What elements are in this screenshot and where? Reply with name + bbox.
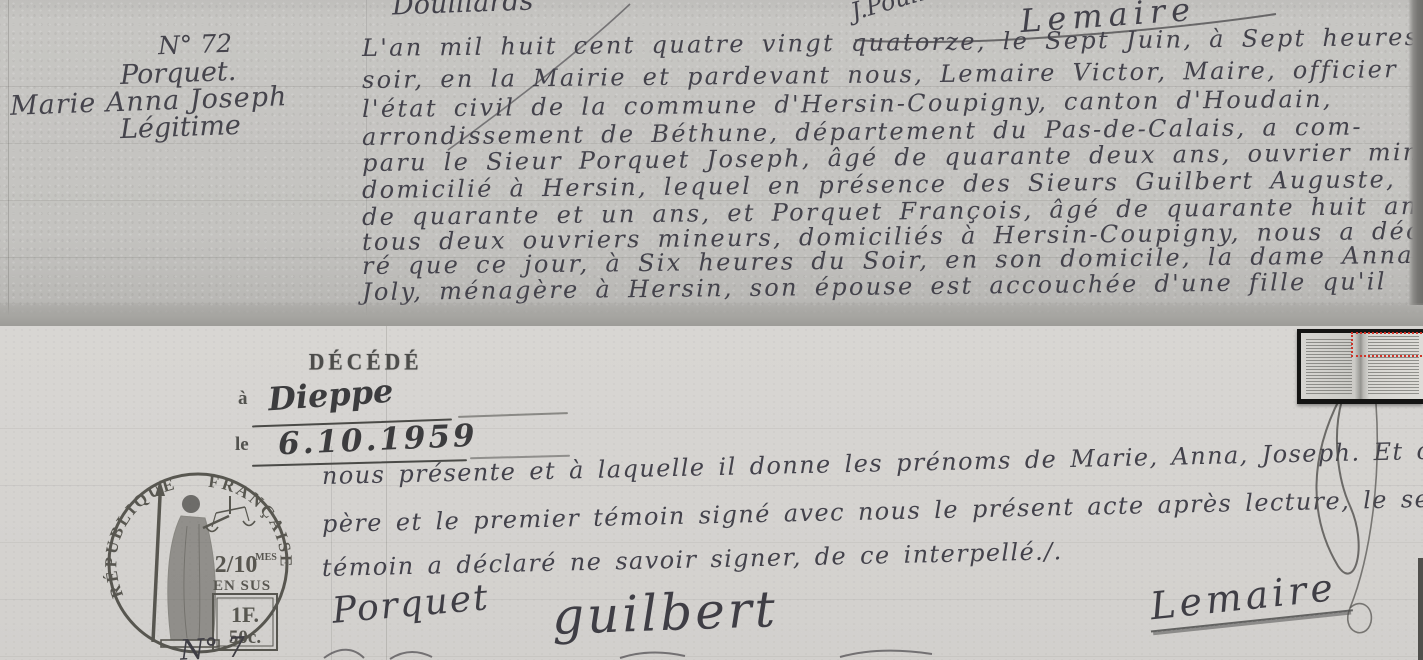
- register-page-bottom-segment: DÉCÉDÉ à Dieppe le 6.10.1959 RÉPUBLIQUE …: [0, 326, 1423, 660]
- viewport-indicator-rect[interactable]: [1351, 332, 1423, 357]
- margin-rule-line: [8, 0, 9, 326]
- deceased-stamp-title: DÉCÉDÉ: [309, 349, 423, 376]
- bottom-margin-act-number-fragment: N° 7: [179, 630, 246, 660]
- act-text-line: nous présente et à laquelle il donne les…: [322, 435, 1423, 490]
- deceased-stamp-date-label: le: [235, 434, 249, 456]
- cut-off-line-strokes: [320, 644, 940, 660]
- scan-segment-seam: [0, 303, 1423, 326]
- signature-guilbert: guilbert: [551, 580, 779, 646]
- scan-gutter-edge-bottom: [1418, 558, 1423, 660]
- page-navigator-thumbnail[interactable]: [1297, 329, 1423, 404]
- seal-surcharge-text: 2/10 MES EN SUS: [213, 552, 277, 594]
- seal-surcharge-num: 2/10: [215, 552, 258, 578]
- act-text-line: père et le premier témoin signé avec nou…: [322, 483, 1423, 538]
- margin-legitimacy: Légitime: [119, 110, 241, 145]
- deceased-place-handwritten: Dieppe: [267, 372, 395, 419]
- deceased-date-handwritten: 6.10.1959: [277, 418, 478, 463]
- seal-surcharge-sup: MES: [255, 552, 277, 563]
- signature-flourish-strokes: [1280, 396, 1423, 660]
- seal-surcharge-word: EN SUS: [213, 578, 271, 594]
- register-scan-view: Douillards J.Poull Lemaire N° 72 Porquet…: [0, 0, 1423, 660]
- fiscal-stamp-seal: RÉPUBLIQUE FRANÇAISE: [103, 466, 293, 660]
- register-page-top-segment: Douillards J.Poull Lemaire N° 72 Porquet…: [0, 0, 1423, 326]
- scan-gutter-edge-top: [1408, 0, 1423, 305]
- signature-porquet: Porquet: [331, 577, 492, 632]
- act-text-line: témoin a déclaré ne savoir signer, de ce…: [322, 537, 1063, 582]
- svg-text:RÉPUBLIQUE: RÉPUBLIQUE: [103, 474, 179, 601]
- deceased-stamp-place-label: à: [238, 388, 248, 410]
- seal-arc-left-text: RÉPUBLIQUE: [103, 474, 179, 601]
- seal-value-franc: 1F.: [231, 602, 259, 627]
- thumbnail-page-spread: [1301, 333, 1423, 399]
